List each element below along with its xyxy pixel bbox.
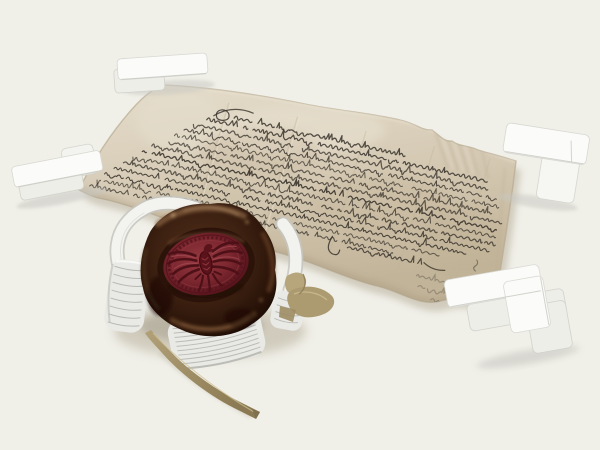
scene-svg: Photograph of a medieval parchment chart… <box>0 0 600 450</box>
seal-tag-fold <box>279 273 334 322</box>
mount-arm <box>502 122 590 165</box>
corner-mount-bottom-right <box>444 259 581 376</box>
mount-arm <box>503 275 551 333</box>
archival-photo: Photograph of a medieval parchment chart… <box>0 0 600 450</box>
